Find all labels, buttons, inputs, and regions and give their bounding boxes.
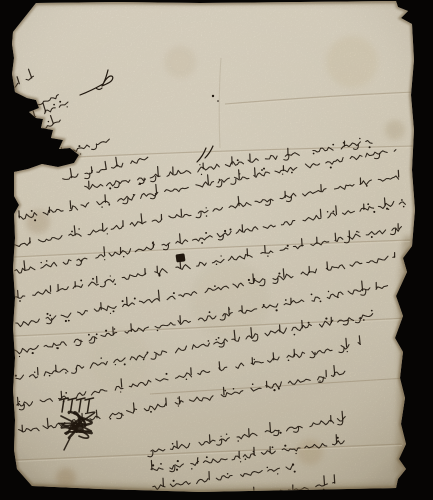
manuscript-photo-svg (0, 0, 433, 500)
paper-grain-texture (0, 0, 433, 500)
paper-sheet (0, 0, 433, 500)
manuscript-photo: Photographed handwritten manuscript lett… (0, 0, 433, 500)
